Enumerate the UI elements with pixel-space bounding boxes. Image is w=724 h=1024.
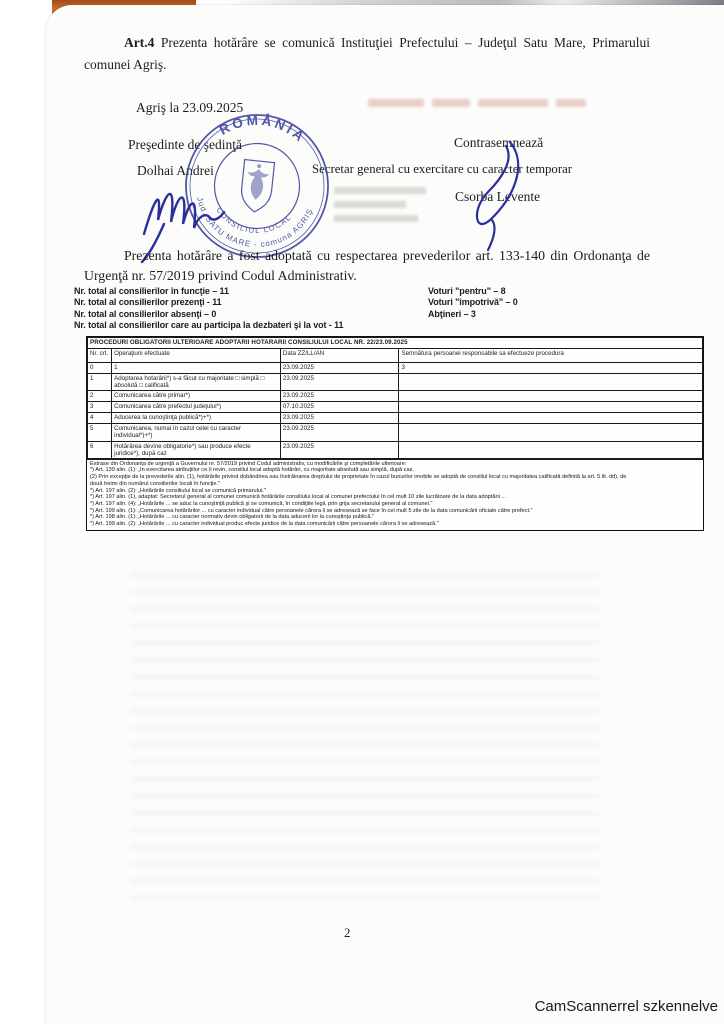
art4-paragraph: Art.4 Prezenta hotărâre se comunică Inst… <box>84 32 650 75</box>
vote-line: Voturi "împotrivă" – 0 <box>428 297 518 308</box>
table-row: 5 Comunicarea, numai în cazul celei cu c… <box>88 424 703 441</box>
footnote-line: *) Art. 197 alin. (4): „Hotărârile ... s… <box>90 501 700 508</box>
cell-operation: Aducerea la cunoştinţa publică*)+*) <box>112 413 281 424</box>
legal-footnotes: Extrase din Ordonanţa de urgenţă a Guver… <box>87 459 703 530</box>
page-number: 2 <box>344 925 351 941</box>
cell-date: 23.09.2025 <box>280 374 399 391</box>
col-header-data: Data ZZ/LL/AN <box>280 349 399 363</box>
cell-signature <box>399 402 703 413</box>
table-row: 1 Adoptarea hotarârii*) s-a făcut cu maj… <box>88 374 703 391</box>
cell-signature <box>399 441 703 458</box>
art4-text: Prezenta hotărâre se comunică Instituţie… <box>84 35 650 72</box>
art4-label: Art.4 <box>124 35 154 50</box>
cell-signature <box>399 424 703 441</box>
table-title-row: PROCEDURI OBLIGATORII ULTERIOARE ADOPTAR… <box>88 338 703 349</box>
footnote-line: *) Art. 139 alin. (1): „În exercitarea a… <box>90 467 700 474</box>
table-body: 0 1 23.09.2025 3 1 Adoptarea hotarârii*)… <box>88 363 703 459</box>
stat-line: Nr. total al consilierilor absenţi – 0 <box>74 309 343 320</box>
cell-nr: 3 <box>88 402 112 413</box>
table-row: 0 1 23.09.2025 3 <box>88 363 703 374</box>
bleed-through-text-top <box>368 99 586 107</box>
camscanner-watermark: CamScannerrel szkennelve <box>535 998 718 1015</box>
table-title: PROCEDURI OBLIGATORII ULTERIOARE ADOPTAR… <box>88 338 703 349</box>
vote-stats-right: Voturi "pentru" – 8Voturi "împotrivă" – … <box>428 286 518 320</box>
col-header-semnatura: Semnătura persoanei responsabile sa efec… <box>399 349 703 363</box>
cell-nr: 0 <box>88 363 112 374</box>
cell-operation: Hotărârea devine obligatorie*) sau produ… <box>112 441 281 458</box>
cell-signature <box>399 413 703 424</box>
cell-operation: 1 <box>112 363 281 374</box>
cell-nr: 4 <box>88 413 112 424</box>
cell-signature: 3 <box>399 363 703 374</box>
adoption-paragraph: Prezenta hotărâre a fost adoptată cu res… <box>84 246 650 286</box>
footnote-line: două treimi din numărul consilierilor lo… <box>90 481 700 488</box>
col-header-nr: Nr. crt. <box>88 349 112 363</box>
cell-date: 07.10.2025 <box>280 402 399 413</box>
secretary-signature <box>448 136 544 254</box>
vote-line: Abţineri – 3 <box>428 309 518 320</box>
cell-nr: 6 <box>88 441 112 458</box>
cell-signature <box>399 391 703 402</box>
cell-nr: 5 <box>88 424 112 441</box>
table-row: 4 Aducerea la cunoştinţa publică*)+*) 23… <box>88 413 703 424</box>
stat-line: Nr. total al consilierilor prezenţi - 11 <box>74 297 343 308</box>
table-row: 6 Hotărârea devine obligatorie*) sau pro… <box>88 441 703 458</box>
cell-date: 23.09.2025 <box>280 391 399 402</box>
table-row: 3 Comunicarea către prefectul judeţului*… <box>88 402 703 413</box>
footnote-line: *) Art. 198 alin. (1): „Hotărârile ... c… <box>90 514 700 521</box>
footnote-line: *) Art. 197 alin. (1), adaptat: Secretar… <box>90 494 700 501</box>
crown-dot <box>257 164 261 168</box>
footnote-line: *) Art. 199 alin. (1): „Comunicarea hotă… <box>90 508 700 515</box>
cell-nr: 2 <box>88 391 112 402</box>
cell-operation: Comunicarea, numai în cazul celei cu car… <box>112 424 281 441</box>
bleed-through-text-mid <box>334 187 426 222</box>
table-header-row: Nr. crt. Operaţiuni efectuate Data ZZ/LL… <box>88 349 703 363</box>
cell-operation: Adoptarea hotarârii*) s-a făcut cu major… <box>112 374 281 391</box>
cell-operation: Comunicarea către primar*) <box>112 391 281 402</box>
stat-line: Nr. total al consilierilor care au parti… <box>74 320 343 331</box>
table-row: 2 Comunicarea către primar*) 23.09.2025 <box>88 391 703 402</box>
council-stats-left: Nr. total al consilierilor în funcţie – … <box>74 286 343 331</box>
stat-line: Nr. total al consilierilor în funcţie – … <box>74 286 343 297</box>
footnote-line: *) Art. 197 alin. (2): „Hotărârile consi… <box>90 488 700 495</box>
cell-nr: 1 <box>88 374 112 391</box>
cell-date: 23.09.2025 <box>280 441 399 458</box>
scanned-document: Art.4 Prezenta hotărâre se comunică Inst… <box>0 0 724 1024</box>
col-header-operatiuni: Operaţiuni efectuate <box>112 349 281 363</box>
procedures-table: PROCEDURI OBLIGATORII ULTERIOARE ADOPTAR… <box>86 336 704 531</box>
cell-date: 23.09.2025 <box>280 413 399 424</box>
vote-line: Voturi "pentru" – 8 <box>428 286 518 297</box>
footnote-line: *) Art. 199 alin. (2): „Hotărârile ... c… <box>90 521 700 528</box>
cell-date: 23.09.2025 <box>280 363 399 374</box>
cell-date: 23.09.2025 <box>280 424 399 441</box>
ink-bleed-through <box>130 560 600 910</box>
footnote-line: Extrase din Ordonanţa de urgenţă a Guver… <box>90 461 700 468</box>
cell-operation: Comunicarea către prefectul judeţului*) <box>112 402 281 413</box>
cell-signature <box>399 374 703 391</box>
footnote-line: (2) Prin excepţie de la prevederile alin… <box>90 474 700 481</box>
